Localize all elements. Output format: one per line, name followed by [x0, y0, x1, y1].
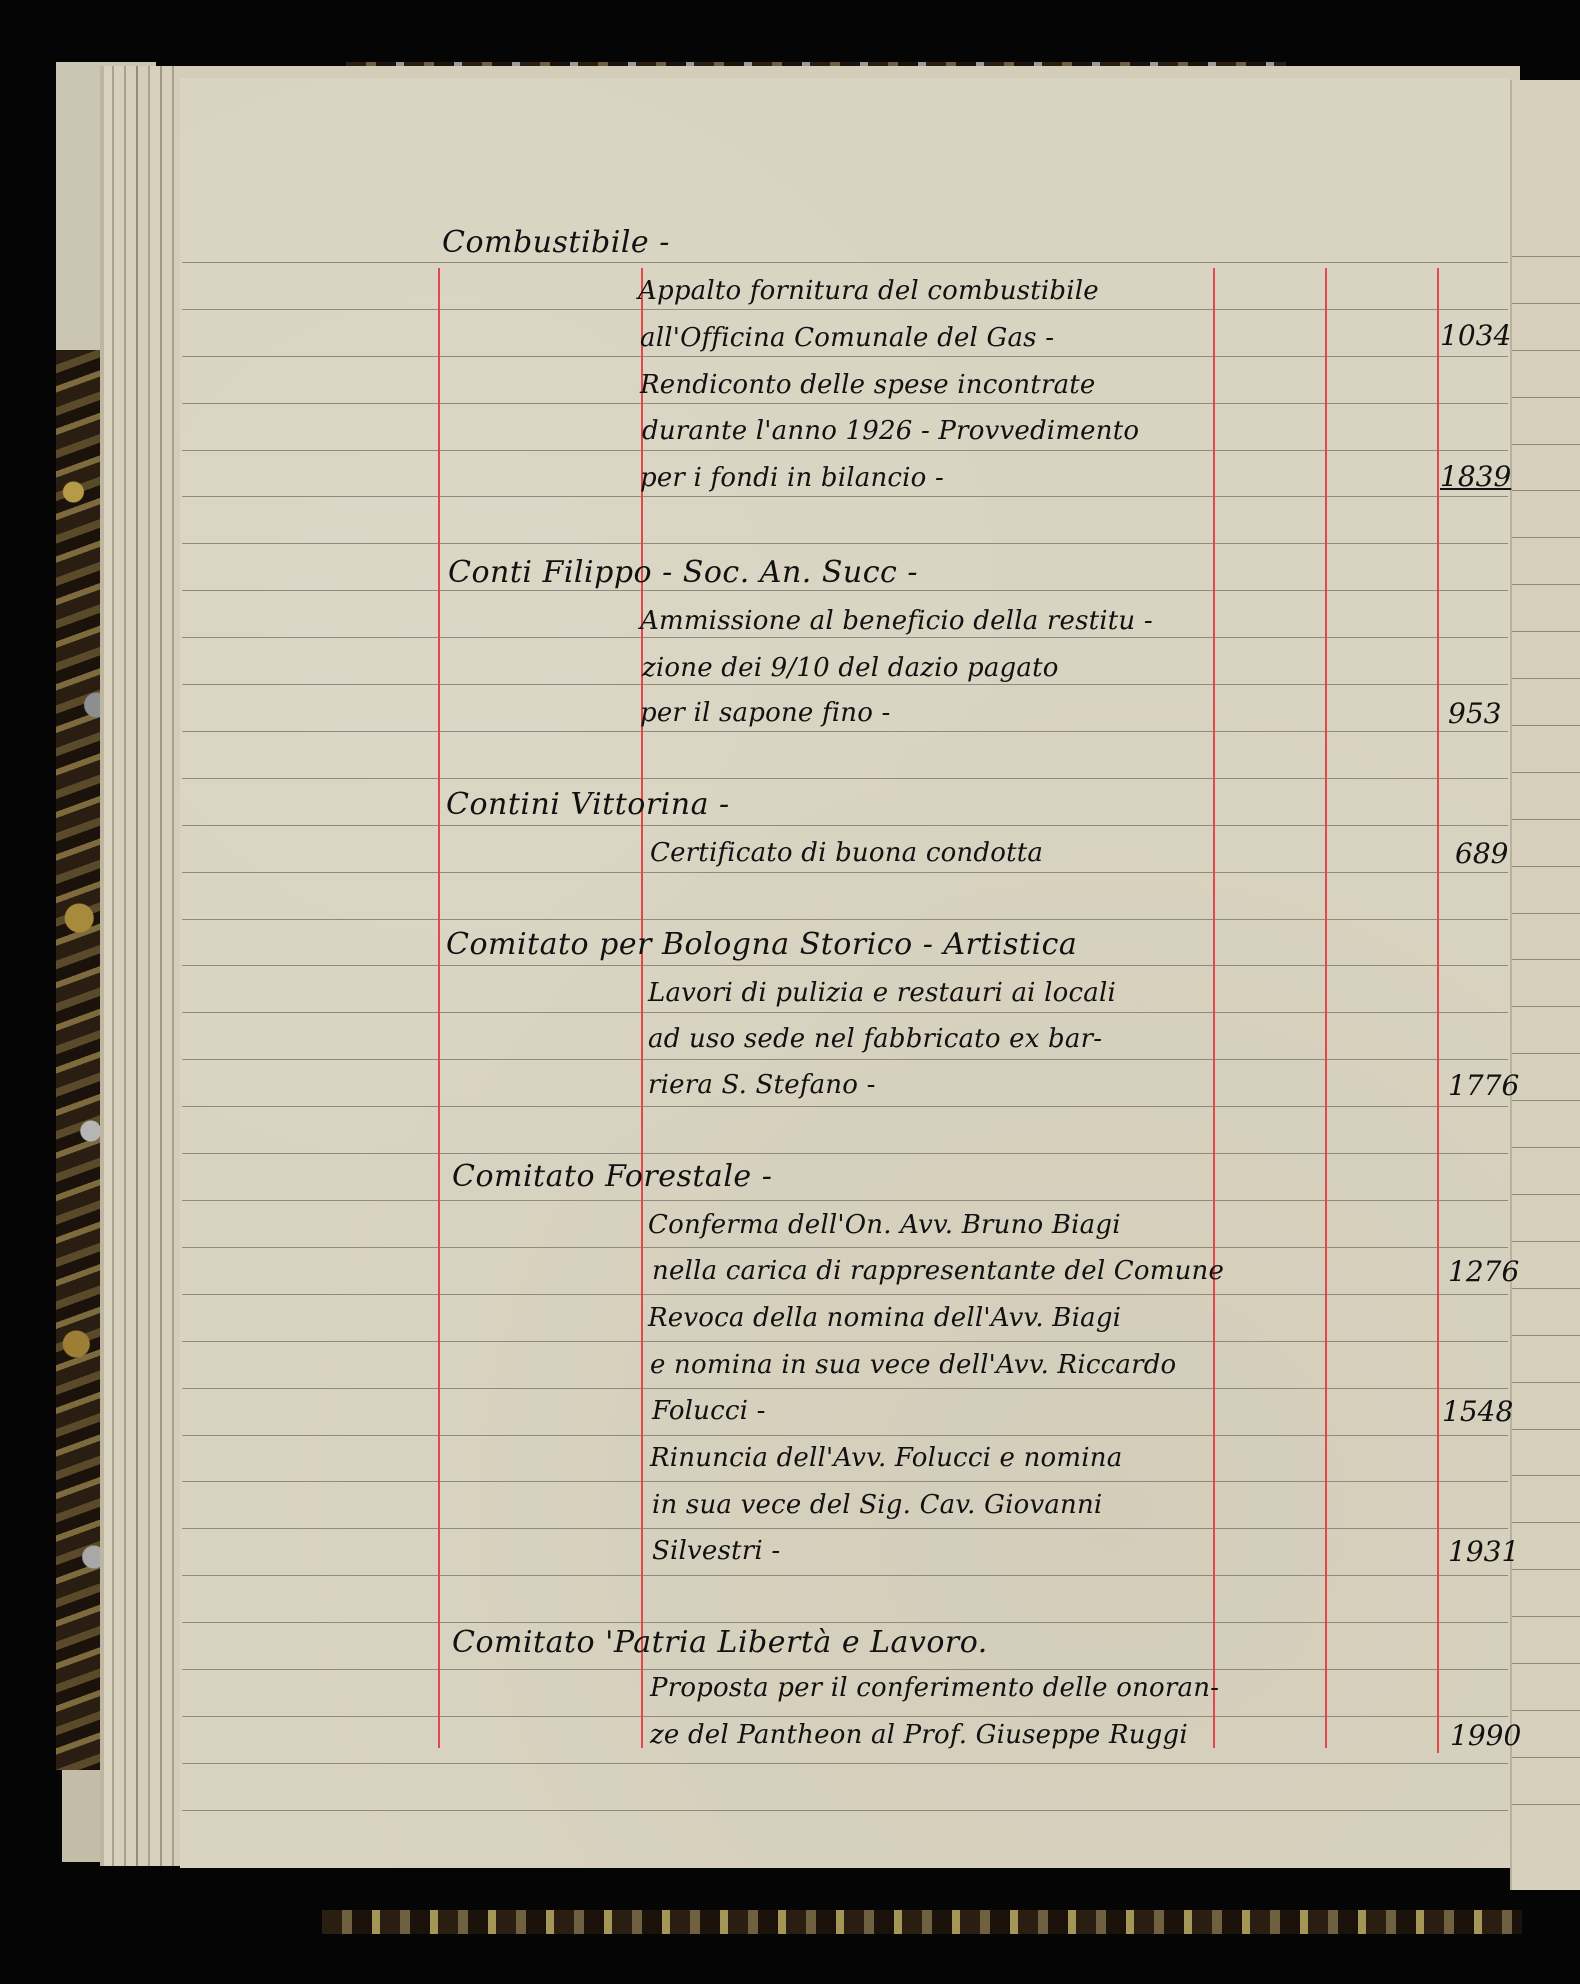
entry-line: ad uso sede nel fabbricato ex bar-: [648, 1026, 1102, 1052]
ruled-line-next-page: [1512, 1569, 1580, 1570]
ruled-line-next-page: [1512, 1335, 1580, 1336]
ruled-line: [182, 1059, 1508, 1060]
ruled-line: [182, 1810, 1508, 1811]
ruled-line-next-page: [1512, 1053, 1580, 1054]
page-reference: 1034: [1440, 322, 1511, 350]
entry-line: all'Officina Comunale del Gas -: [640, 325, 1054, 351]
ruled-line: [182, 1763, 1508, 1764]
ruled-line: [182, 919, 1508, 920]
entry-line: Silvestri -: [652, 1538, 780, 1564]
entry-heading: Comitato 'Patria Libertà e Lavoro.: [452, 1628, 988, 1658]
entry-line: per i fondi in bilancio -: [640, 465, 944, 491]
red-column-line: [1325, 268, 1327, 1748]
ruled-line-next-page: [1512, 1475, 1580, 1476]
entry-line: Ammissione al beneficio della restitu -: [640, 608, 1153, 634]
page-reference: 1548: [1442, 1398, 1513, 1426]
ruled-line: [182, 1012, 1508, 1013]
ruled-line-next-page: [1512, 1616, 1580, 1617]
entry-line: per il sapone fino -: [640, 700, 891, 726]
page-reference: 689: [1455, 840, 1508, 868]
ruled-line: [182, 1575, 1508, 1576]
entry-line: Revoca della nomina dell'Avv. Biagi: [648, 1305, 1121, 1331]
ruled-line: [182, 731, 1508, 732]
entry-line: ze del Pantheon al Prof. Giuseppe Ruggi: [650, 1722, 1188, 1748]
ruled-line-next-page: [1512, 725, 1580, 726]
entry-line: Conferma dell'On. Avv. Bruno Biagi: [648, 1212, 1121, 1238]
page-reference: 1276: [1448, 1258, 1519, 1286]
ruled-line-next-page: [1512, 1429, 1580, 1430]
entry-heading: Contini Vittorina -: [446, 790, 730, 820]
entry-line: Lavori di pulizia e restauri ai locali: [648, 980, 1116, 1006]
ruled-line: [182, 684, 1508, 685]
red-column-line: [438, 268, 440, 1748]
page-reference: 1931: [1448, 1538, 1519, 1566]
entry-line: Folucci -: [652, 1398, 766, 1424]
ruled-line-next-page: [1512, 866, 1580, 867]
ruled-line-next-page: [1512, 1804, 1580, 1805]
ruled-line-next-page: [1512, 397, 1580, 398]
ruled-line: [182, 1106, 1508, 1107]
page-reference: 953: [1448, 700, 1501, 728]
ruled-line: [182, 262, 1508, 263]
ruled-line: [182, 1528, 1508, 1529]
ruled-line-next-page: [1512, 350, 1580, 351]
ruled-line: [182, 1388, 1508, 1389]
entry-line: zione dei 9/10 del dazio pagato: [642, 655, 1059, 681]
ruled-line: [182, 1341, 1508, 1342]
ruled-line-next-page: [1512, 1757, 1580, 1758]
entry-heading: Comitato Forestale -: [452, 1162, 772, 1192]
ruled-line-next-page: [1512, 1194, 1580, 1195]
ruled-line: [182, 637, 1508, 638]
entry-heading: Conti Filippo - Soc. An. Succ -: [448, 558, 918, 588]
entry-line: riera S. Stefano -: [648, 1072, 876, 1098]
ruled-line: [182, 1153, 1508, 1154]
entry-line: Appalto fornitura del combustibile: [638, 278, 1099, 304]
ruled-line: [182, 1247, 1508, 1248]
ruled-line: [182, 778, 1508, 779]
ruled-line: [182, 450, 1508, 451]
entry-line: Certificato di buona condotta: [650, 840, 1043, 866]
ruled-line-next-page: [1512, 1382, 1580, 1383]
ruled-line: [182, 1435, 1508, 1436]
ruled-line-next-page: [1512, 631, 1580, 632]
ruled-line-next-page: [1512, 1100, 1580, 1101]
ruled-line: [182, 872, 1508, 873]
ruled-line: [182, 825, 1508, 826]
ruled-line-next-page: [1512, 537, 1580, 538]
ruled-line-next-page: [1512, 1663, 1580, 1664]
entry-line: e nomina in sua vece dell'Avv. Riccardo: [650, 1352, 1176, 1378]
ruled-line: [182, 403, 1508, 404]
page-reference: 1776: [1448, 1072, 1519, 1100]
ruled-line: [182, 1200, 1508, 1201]
ruled-line-next-page: [1512, 819, 1580, 820]
entry-line: Proposta per il conferimento delle onora…: [650, 1675, 1219, 1701]
ruled-line: [182, 1481, 1508, 1482]
next-page-edge: [1510, 80, 1580, 1890]
ruled-line: [182, 543, 1508, 544]
red-column-line: [1437, 268, 1439, 1753]
ruled-line-next-page: [1512, 1288, 1580, 1289]
entry-line: nella carica di rappresentante del Comun…: [652, 1258, 1224, 1284]
red-column-line: [1213, 268, 1215, 1748]
entry-line: in sua vece del Sig. Cav. Giovanni: [652, 1492, 1102, 1518]
ruled-line-next-page: [1512, 1147, 1580, 1148]
ruled-line-next-page: [1512, 444, 1580, 445]
ruled-line: [182, 1669, 1508, 1670]
page-reference: 1839: [1440, 463, 1511, 491]
entry-heading: Comitato per Bologna Storico - Artistica: [446, 930, 1077, 960]
ruled-line-next-page: [1512, 490, 1580, 491]
ruled-line: [182, 356, 1508, 357]
ruled-line-next-page: [1512, 1006, 1580, 1007]
marbled-cover-bottom: [322, 1910, 1522, 1934]
ruled-line: [182, 1622, 1508, 1623]
ruled-line-next-page: [1512, 256, 1580, 257]
ruled-line: [182, 496, 1508, 497]
ruled-line: [182, 965, 1508, 966]
entry-line: Rendiconto delle spese incontrate: [640, 372, 1096, 398]
ruled-line: [182, 590, 1508, 591]
page-reference: 1990: [1450, 1722, 1521, 1750]
ruled-line-next-page: [1512, 913, 1580, 914]
ruled-line-next-page: [1512, 772, 1580, 773]
entry-line: Rinuncia dell'Avv. Folucci e nomina: [650, 1445, 1122, 1471]
ruled-line: [182, 1716, 1508, 1717]
ruled-line-next-page: [1512, 1241, 1580, 1242]
entry-heading: Combustibile -: [442, 228, 670, 258]
ruled-line-next-page: [1512, 584, 1580, 585]
ruled-line: [182, 1294, 1508, 1295]
ruled-line-next-page: [1512, 1522, 1580, 1523]
entry-line: durante l'anno 1926 - Provvedimento: [642, 418, 1139, 444]
ruled-line: [182, 309, 1508, 310]
ruled-line-next-page: [1512, 959, 1580, 960]
ruled-line-next-page: [1512, 303, 1580, 304]
ruled-line-next-page: [1512, 1710, 1580, 1711]
ruled-line-next-page: [1512, 678, 1580, 679]
